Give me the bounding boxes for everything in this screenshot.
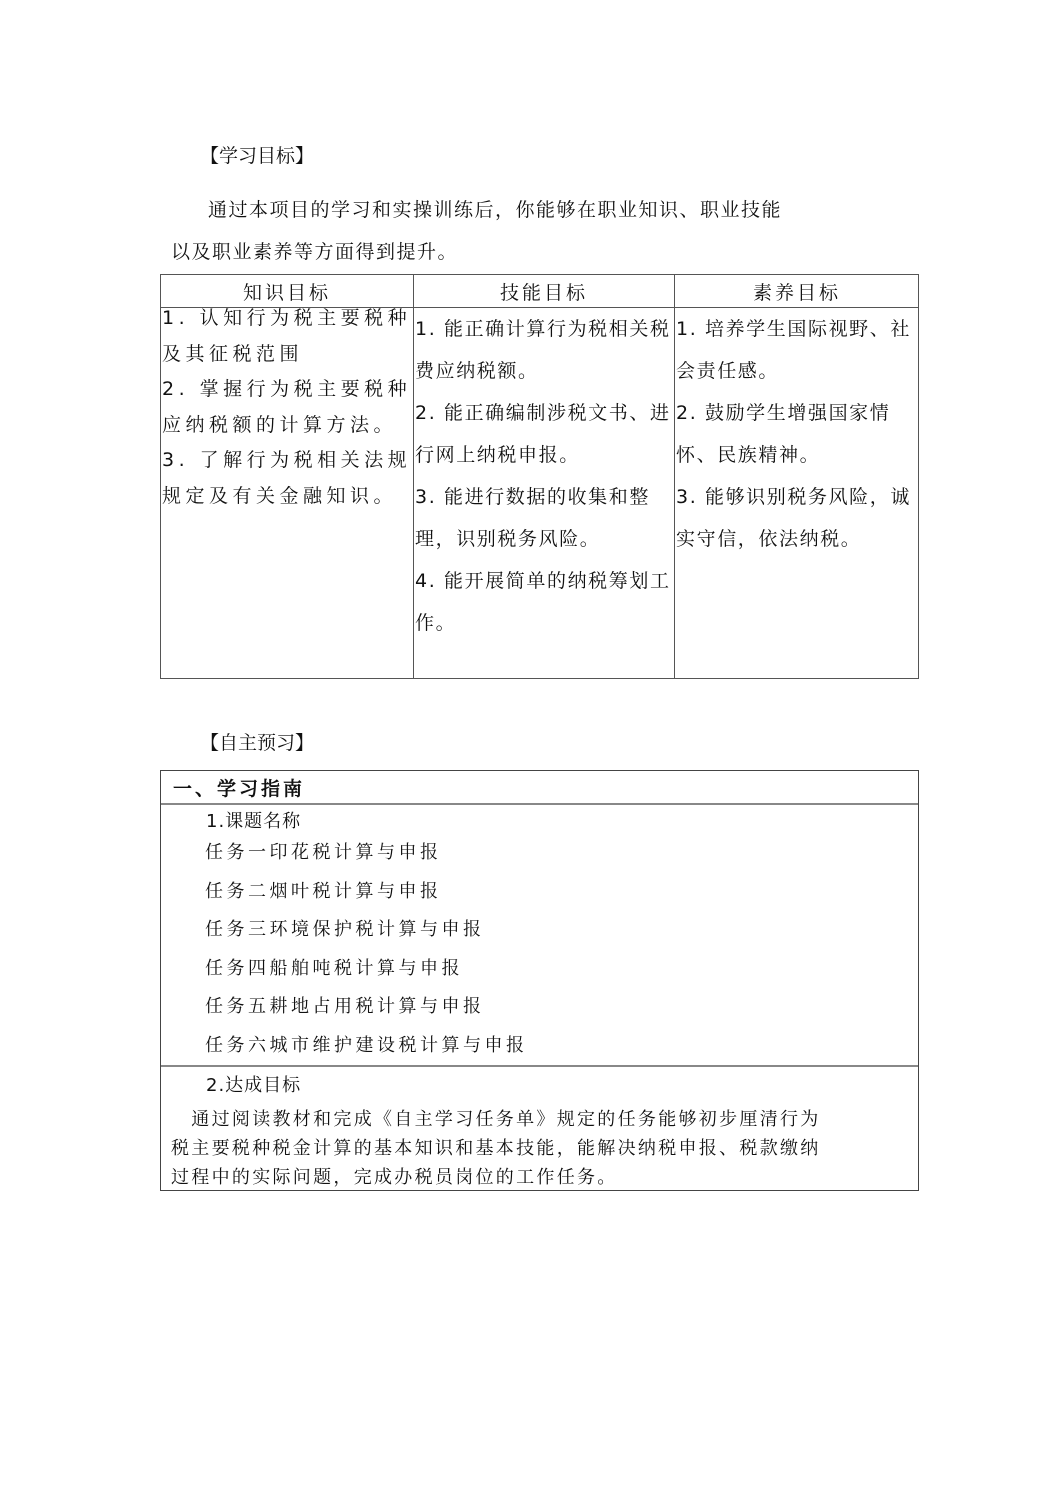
skill-line: 理，识别税务风险。 [415,518,674,560]
quality-line: 实守信，依法纳税。 [676,518,919,560]
task-item: 任务三环境保护税计算与申报 [205,918,528,957]
skill-objectives-content: 1. 能正确计算行为税相关税 费应纳税额。 2. 能正确编制涉税文书、进 行网上… [414,308,674,644]
study-guide-table: 一、学习指南 1.课题名称 任务一印花税计算与申报 任务二烟叶税计算与申报 任务… [160,770,919,1191]
objectives-table: 知识目标 1. 认知行为税主要税种 及其征税范围 2. 掌握行为税主要税种 应纳… [160,274,919,679]
task-item: 任务五耕地占用税计算与申报 [205,995,528,1034]
knowledge-line: 3. 了解行为税相关法规 [162,443,413,479]
skill-line: 费应纳税额。 [415,350,674,392]
skill-line: 1. 能正确计算行为税相关税 [415,308,674,350]
goal-line: 过程中的实际问题，完成办税员岗位的工作任务。 [171,1163,911,1192]
study-guide-title: 一、学习指南 [161,771,918,805]
skill-line: 3. 能进行数据的收集和整 [415,476,674,518]
goal-section: 2.达成目标 通过阅读教材和完成《自主学习任务单》规定的任务能够初步厘清行为 税… [161,1067,918,1190]
knowledge-line: 应纳税额的计算方法。 [162,408,413,444]
skill-line: 2. 能正确编制涉税文书、进 [415,392,674,434]
skill-line: 4. 能开展简单的纳税筹划工 [415,560,674,602]
quality-line: 2. 鼓励学生增强国家情 [676,392,919,434]
skill-line: 行网上纳税申报。 [415,434,674,476]
learning-goals-intro-line2: 以及职业素养等方面得到提升。 [171,240,458,264]
column-header-skill: 技能目标 [414,275,674,308]
goal-paragraph: 通过阅读教材和完成《自主学习任务单》规定的任务能够初步厘清行为 税主要税种税金计… [171,1105,911,1192]
knowledge-line: 1. 认知行为税主要税种 [162,301,413,337]
task-item: 任务一印花税计算与申报 [205,841,528,880]
skill-objectives-column: 技能目标 1. 能正确计算行为税相关税 费应纳税额。 2. 能正确编制涉税文书、… [414,275,675,678]
quality-line: 怀、民族精神。 [676,434,919,476]
skill-line: 作。 [415,602,674,644]
learning-goals-heading: 【学习目标】 [200,144,314,168]
knowledge-line: 及其征税范围 [162,337,413,373]
task-item: 任务四船舶吨税计算与申报 [205,957,528,996]
task-list: 任务一印花税计算与申报 任务二烟叶税计算与申报 任务三环境保护税计算与申报 任务… [205,841,528,1072]
goal-line: 通过阅读教材和完成《自主学习任务单》规定的任务能够初步厘清行为 [171,1105,911,1134]
knowledge-line: 规定及有关金融知识。 [162,479,413,515]
knowledge-line: 2. 掌握行为税主要税种 [162,372,413,408]
quality-line: 会责任感。 [676,350,919,392]
topic-section: 1.课题名称 任务一印花税计算与申报 任务二烟叶税计算与申报 任务三环境保护税计… [161,805,918,1067]
quality-objectives-column: 素养目标 1. 培养学生国际视野、社 会责任感。 2. 鼓励学生增强国家情 怀、… [675,275,919,678]
goal-line: 税主要税种税金计算的基本知识和基本技能，能解决纳税申报、税款缴纳 [171,1134,911,1163]
self-study-heading: 【自主预习】 [200,731,314,755]
learning-goals-intro-line1: 通过本项目的学习和实操训练后，你能够在职业知识、职业技能 [208,198,782,222]
column-header-quality: 素养目标 [675,275,919,308]
quality-line: 1. 培养学生国际视野、社 [676,308,919,350]
topic-heading: 1.课题名称 [206,811,301,833]
knowledge-objectives-column: 知识目标 1. 认知行为税主要税种 及其征税范围 2. 掌握行为税主要税种 应纳… [161,275,414,678]
task-item: 任务二烟叶税计算与申报 [205,880,528,919]
goal-heading: 2.达成目标 [206,1075,301,1097]
quality-line: 3. 能够识别税务风险，诚 [676,476,919,518]
quality-objectives-content: 1. 培养学生国际视野、社 会责任感。 2. 鼓励学生增强国家情 怀、民族精神。… [675,308,919,560]
knowledge-objectives-content: 1. 认知行为税主要税种 及其征税范围 2. 掌握行为税主要税种 应纳税额的计算… [161,301,413,514]
